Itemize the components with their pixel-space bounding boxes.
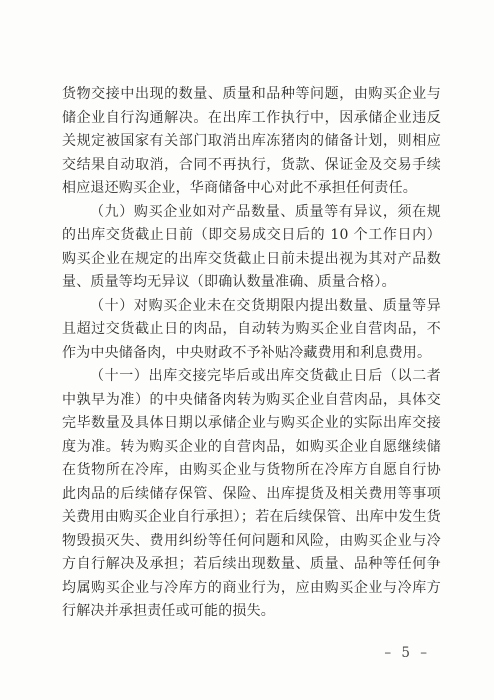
text-line: 货物交接中出现的数量、质量和品种等问题，由购买企业与承 (62, 83, 441, 107)
text-line: 关规定被国家有关部门取消出库冻猪肉的储备计划，则相应成 (62, 130, 441, 154)
text-line: （十）对购买企业未在交货期限内提出数量、质量等异议 (62, 295, 441, 319)
text-line: 关费用由购买企业自行承担）；若在后续保管、出库中发生货 (62, 506, 441, 530)
text-line: 方自行解决及承担；若后续出现数量、质量、品种等任何争议 (62, 553, 441, 577)
text-line: 行解决并承担责任或可能的损失。 (62, 600, 441, 624)
document-page: 货物交接中出现的数量、质量和品种等问题，由购买企业与承 储企业自行沟通解决。在出… (0, 0, 494, 700)
text-line: 购买企业在规定的出库交货截止日前未提出视为其对产品数 (62, 248, 441, 272)
text-line: （九）购买企业如对产品数量、质量等有异议，须在规定 (62, 201, 441, 225)
text-line: （十一）出库交接完毕后或出库交货截止日后（以二者之 (62, 365, 441, 389)
text-line: 量、质量等均无异议（即确认数量准确、质量合格）。 (62, 271, 441, 295)
text-line: 交结果自动取消，合同不再执行，货款、保证金及交易手续费 (62, 154, 441, 178)
paragraph: （九）购买企业如对产品数量、质量等有异议，须在规定 的出库交货截止日前（即交易成… (62, 201, 441, 295)
text-line: 作为中央储备肉，中央财政不予补贴冷藏费用和利息费用。 (62, 342, 441, 366)
text-line: 物毁损灭失、费用纠纷等任何问题和风险，由购买企业与冷库 (62, 530, 441, 554)
text-line: 相应退还购买企业，华商储备中心对此不承担任何责任。 (62, 177, 441, 201)
text-line: 度为准。转为购买企业的自营肉品，如购买企业自愿继续储存 (62, 436, 441, 460)
text-line: 的出库交货截止日前（即交易成交日后的 10 个工作日内）提出； (62, 224, 441, 248)
document-body: 货物交接中出现的数量、质量和品种等问题，由购买企业与承 储企业自行沟通解决。在出… (62, 83, 441, 624)
paragraph: （十）对购买企业未在交货期限内提出数量、质量等异议 且超过交货截止日的肉品，自动… (62, 295, 441, 366)
text-line: 均属购买企业与冷库方的商业行为，应由购买企业与冷库方自 (62, 577, 441, 601)
text-line: 中孰早为准）的中央储备肉转为购买企业自营肉品，具体交接 (62, 389, 441, 413)
page-number: – 5 – (384, 645, 430, 661)
text-line: 储企业自行沟通解决。在出库工作执行中，因承储企业违反有 (62, 107, 441, 131)
text-line: 完毕数量及具体日期以承储企业与购买企业的实际出库交接进 (62, 412, 441, 436)
text-line: 此肉品的后续储存保管、保险、出库提货及相关费用等事项（有 (62, 483, 441, 507)
text-line: 且超过交货截止日的肉品，自动转为购买企业自营肉品，不再 (62, 318, 441, 342)
paragraph: 货物交接中出现的数量、质量和品种等问题，由购买企业与承 储企业自行沟通解决。在出… (62, 83, 441, 201)
paragraph: （十一）出库交接完毕后或出库交货截止日后（以二者之 中孰早为准）的中央储备肉转为… (62, 365, 441, 624)
text-line: 在货物所在冷库，由购买企业与货物所在冷库方自愿自行协商 (62, 459, 441, 483)
